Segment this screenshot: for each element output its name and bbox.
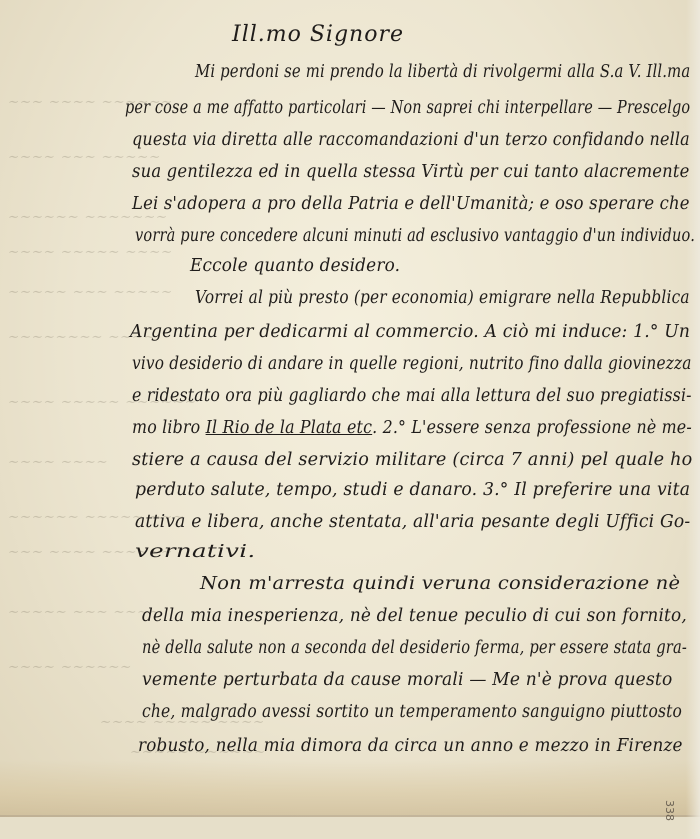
- letter-line: stiere a causa del servizio militare (ci…: [132, 450, 692, 470]
- line-text: Mi perdoni se mi prendo la libertà di ri…: [195, 62, 690, 82]
- line-text: vernativi.: [135, 542, 255, 562]
- line-text: Vorrei al più presto (per economia) emig…: [195, 288, 690, 308]
- archive-number: 338: [663, 800, 676, 821]
- letter-line: Eccole quanto desidero.: [190, 256, 400, 276]
- line-text: Non m'arresta quindi veruna considerazio…: [200, 574, 680, 594]
- line-text: vemente perturbata da cause morali — Me …: [142, 670, 672, 690]
- line-text: vivo desiderio di andare in quelle regio…: [132, 354, 692, 374]
- underlined-title: Il Rio de la Plata etc: [206, 418, 373, 438]
- letter-line: sua gentilezza ed in quella stessa Virtù…: [132, 162, 690, 182]
- line-text: della mia inesperienza, nè del tenue pec…: [142, 606, 687, 626]
- letter-line: vemente perturbata da cause morali — Me …: [142, 670, 672, 690]
- letter-line: mo libro Il Rio de la Plata etc. 2.° L'e…: [132, 418, 692, 438]
- line-text: sua gentilezza ed in quella stessa Virtù…: [132, 162, 690, 182]
- letter-line: che, malgrado avessi sortito un temperam…: [142, 702, 682, 722]
- letter-line: robusto, nella mia dimora da circa un an…: [138, 736, 683, 756]
- line-text: nè della salute non a seconda del deside…: [142, 638, 687, 658]
- line-text: per cose a me affatto particolari — Non …: [125, 98, 690, 118]
- letter-line: vernativi.: [135, 542, 255, 562]
- letter-line: Non m'arresta quindi veruna considerazio…: [200, 574, 680, 594]
- letter-body: Ill.mo Signore Mi perdoni se mi prendo l…: [0, 0, 700, 839]
- line-text: Lei s'adopera a pro della Patria e dell'…: [132, 194, 690, 214]
- letter-line: per cose a me affatto particolari — Non …: [125, 98, 690, 118]
- letter-line: Vorrei al più presto (per economia) emig…: [195, 288, 690, 308]
- letter-line: Lei s'adopera a pro della Patria e dell'…: [132, 194, 690, 214]
- letter-line: e ridestato ora più gagliardo che mai al…: [132, 386, 692, 406]
- line-text: mo libro: [132, 418, 206, 438]
- line-text: stiere a causa del servizio militare (ci…: [132, 450, 692, 470]
- letter-line: della mia inesperienza, nè del tenue pec…: [142, 606, 687, 626]
- line-text: Eccole quanto desidero.: [190, 256, 400, 276]
- line-text: vorrà pure concedere alcuni minuti ad es…: [135, 226, 695, 246]
- line-text: e ridestato ora più gagliardo che mai al…: [132, 386, 692, 406]
- letter-line: attiva e libera, anche stentata, all'ari…: [135, 512, 690, 532]
- letter-line: nè della salute non a seconda del deside…: [142, 638, 687, 658]
- letter-line: Argentina per dedicarmi al commercio. A …: [130, 322, 690, 342]
- line-text: che, malgrado avessi sortito un temperam…: [142, 702, 682, 722]
- letter-line: vorrà pure concedere alcuni minuti ad es…: [135, 226, 695, 246]
- line-text: questa via diretta alle raccomandazioni …: [132, 130, 690, 150]
- line-text: perduto salute, tempo, studi e danaro. 3…: [135, 480, 690, 500]
- letter-line: questa via diretta alle raccomandazioni …: [132, 130, 690, 150]
- line-text: Argentina per dedicarmi al commercio. A …: [130, 322, 690, 342]
- line-text: robusto, nella mia dimora da circa un an…: [138, 736, 683, 756]
- letter-line: Mi perdoni se mi prendo la libertà di ri…: [195, 62, 690, 82]
- letter-line: perduto salute, tempo, studi e danaro. 3…: [135, 480, 690, 500]
- line-text: . 2.° L'essere senza professione nè me-: [372, 418, 692, 438]
- letter-line: vivo desiderio di andare in quelle regio…: [132, 354, 692, 374]
- salutation: Ill.mo Signore: [232, 22, 404, 47]
- line-text: attiva e libera, anche stentata, all'ari…: [135, 512, 690, 532]
